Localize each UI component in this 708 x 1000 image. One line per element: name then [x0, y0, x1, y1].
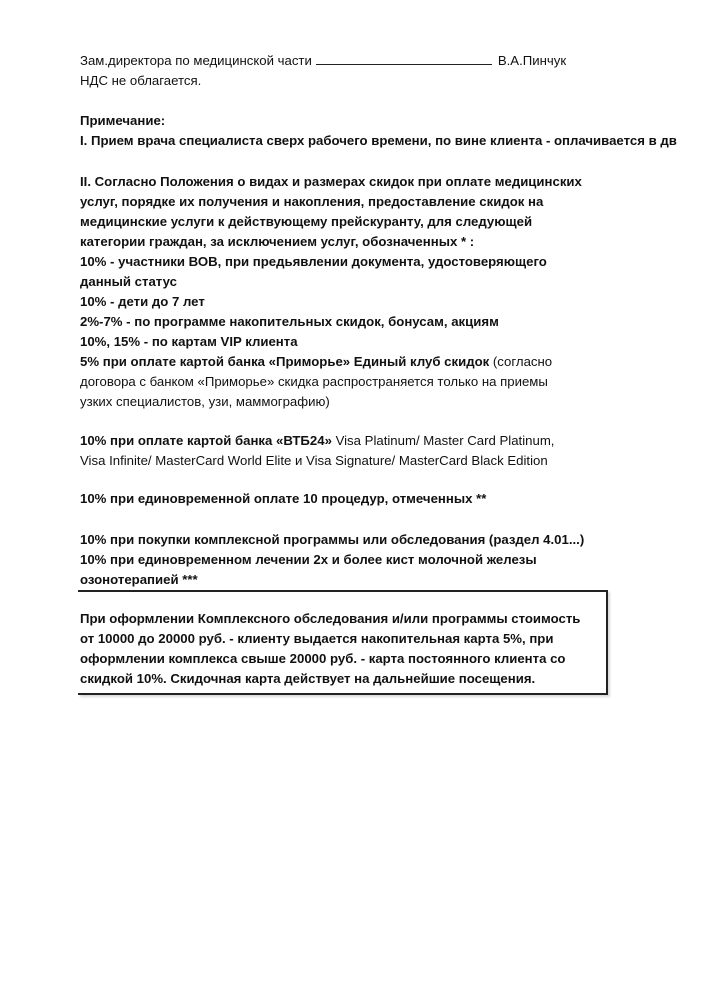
- note-item-2-line-1: II. Согласно Положения о видах и размера…: [80, 172, 582, 192]
- signature-role: Зам.директора по медицинской части: [80, 53, 312, 68]
- signature-name: В.А.Пинчук: [498, 53, 566, 68]
- box-line-1: При оформлении Комплексного обследования…: [80, 609, 580, 629]
- note-item-2-line-2: услуг, порядке их получения и накопления…: [80, 192, 543, 212]
- discount-primorye-line-2: договора с банком «Приморье» скидка расп…: [80, 372, 548, 392]
- note-item-2-line-3: медицинские услуги к действующему прейск…: [80, 212, 532, 232]
- loyalty-card-note-box: При оформлении Комплексного обследования…: [78, 590, 608, 695]
- discount-vtb-line-1: 10% при оплате картой банка «ВТБ24» Visa…: [80, 431, 554, 451]
- discount-vov-line-1: 10% - участники ВОВ, при предьявлении до…: [80, 252, 547, 272]
- note-item-1: I. Прием врача специалиста сверх рабочег…: [80, 131, 677, 151]
- box-line-4: скидкой 10%. Скидочная карта действует н…: [80, 669, 535, 689]
- discount-children: 10% - дети до 7 лет: [80, 292, 205, 312]
- discount-procedures: 10% при единовременной оплате 10 процеду…: [80, 489, 486, 509]
- note-item-2-line-4: категории граждан, за исключением услуг,…: [80, 232, 474, 252]
- notes-title: Примечание:: [80, 111, 165, 131]
- signature-blank: [316, 52, 492, 65]
- box-line-2: от 10000 до 20000 руб. - клиенту выдаетс…: [80, 629, 553, 649]
- discount-primorye-bold: 5% при оплате картой банка «Приморье» Ед…: [80, 354, 489, 369]
- discount-primorye-line-1: 5% при оплате картой банка «Приморье» Ед…: [80, 352, 552, 372]
- discount-vip: 10%, 15% - по картам VIP клиента: [80, 332, 298, 352]
- discount-complex: 10% при покупки комплексной программы ил…: [80, 530, 584, 550]
- discount-cysts-line-1: 10% при единовременном лечении 2х и боле…: [80, 550, 537, 570]
- box-line-3: оформлении комплекса свыше 20000 руб. - …: [80, 649, 565, 669]
- discount-vtb-line-2: Visa Infinite/ MasterCard World Elite и …: [80, 451, 548, 471]
- discount-cysts-line-2: озонотерапией ***: [80, 570, 198, 590]
- discount-vtb-normal: Visa Platinum/ Master Card Platinum,: [332, 433, 555, 448]
- discount-vtb-bold: 10% при оплате картой банка «ВТБ24»: [80, 433, 332, 448]
- discount-bonus: 2%-7% - по программе накопительных скидо…: [80, 312, 499, 332]
- discount-primorye-normal: (согласно: [489, 354, 552, 369]
- discount-vov-line-2: данный статус: [80, 272, 177, 292]
- signature-line: Зам.директора по медицинской частиВ.А.Пи…: [80, 51, 566, 71]
- vat-note: НДС не облагается.: [80, 71, 201, 91]
- discount-primorye-line-3: узких специалистов, узи, маммографию): [80, 392, 330, 412]
